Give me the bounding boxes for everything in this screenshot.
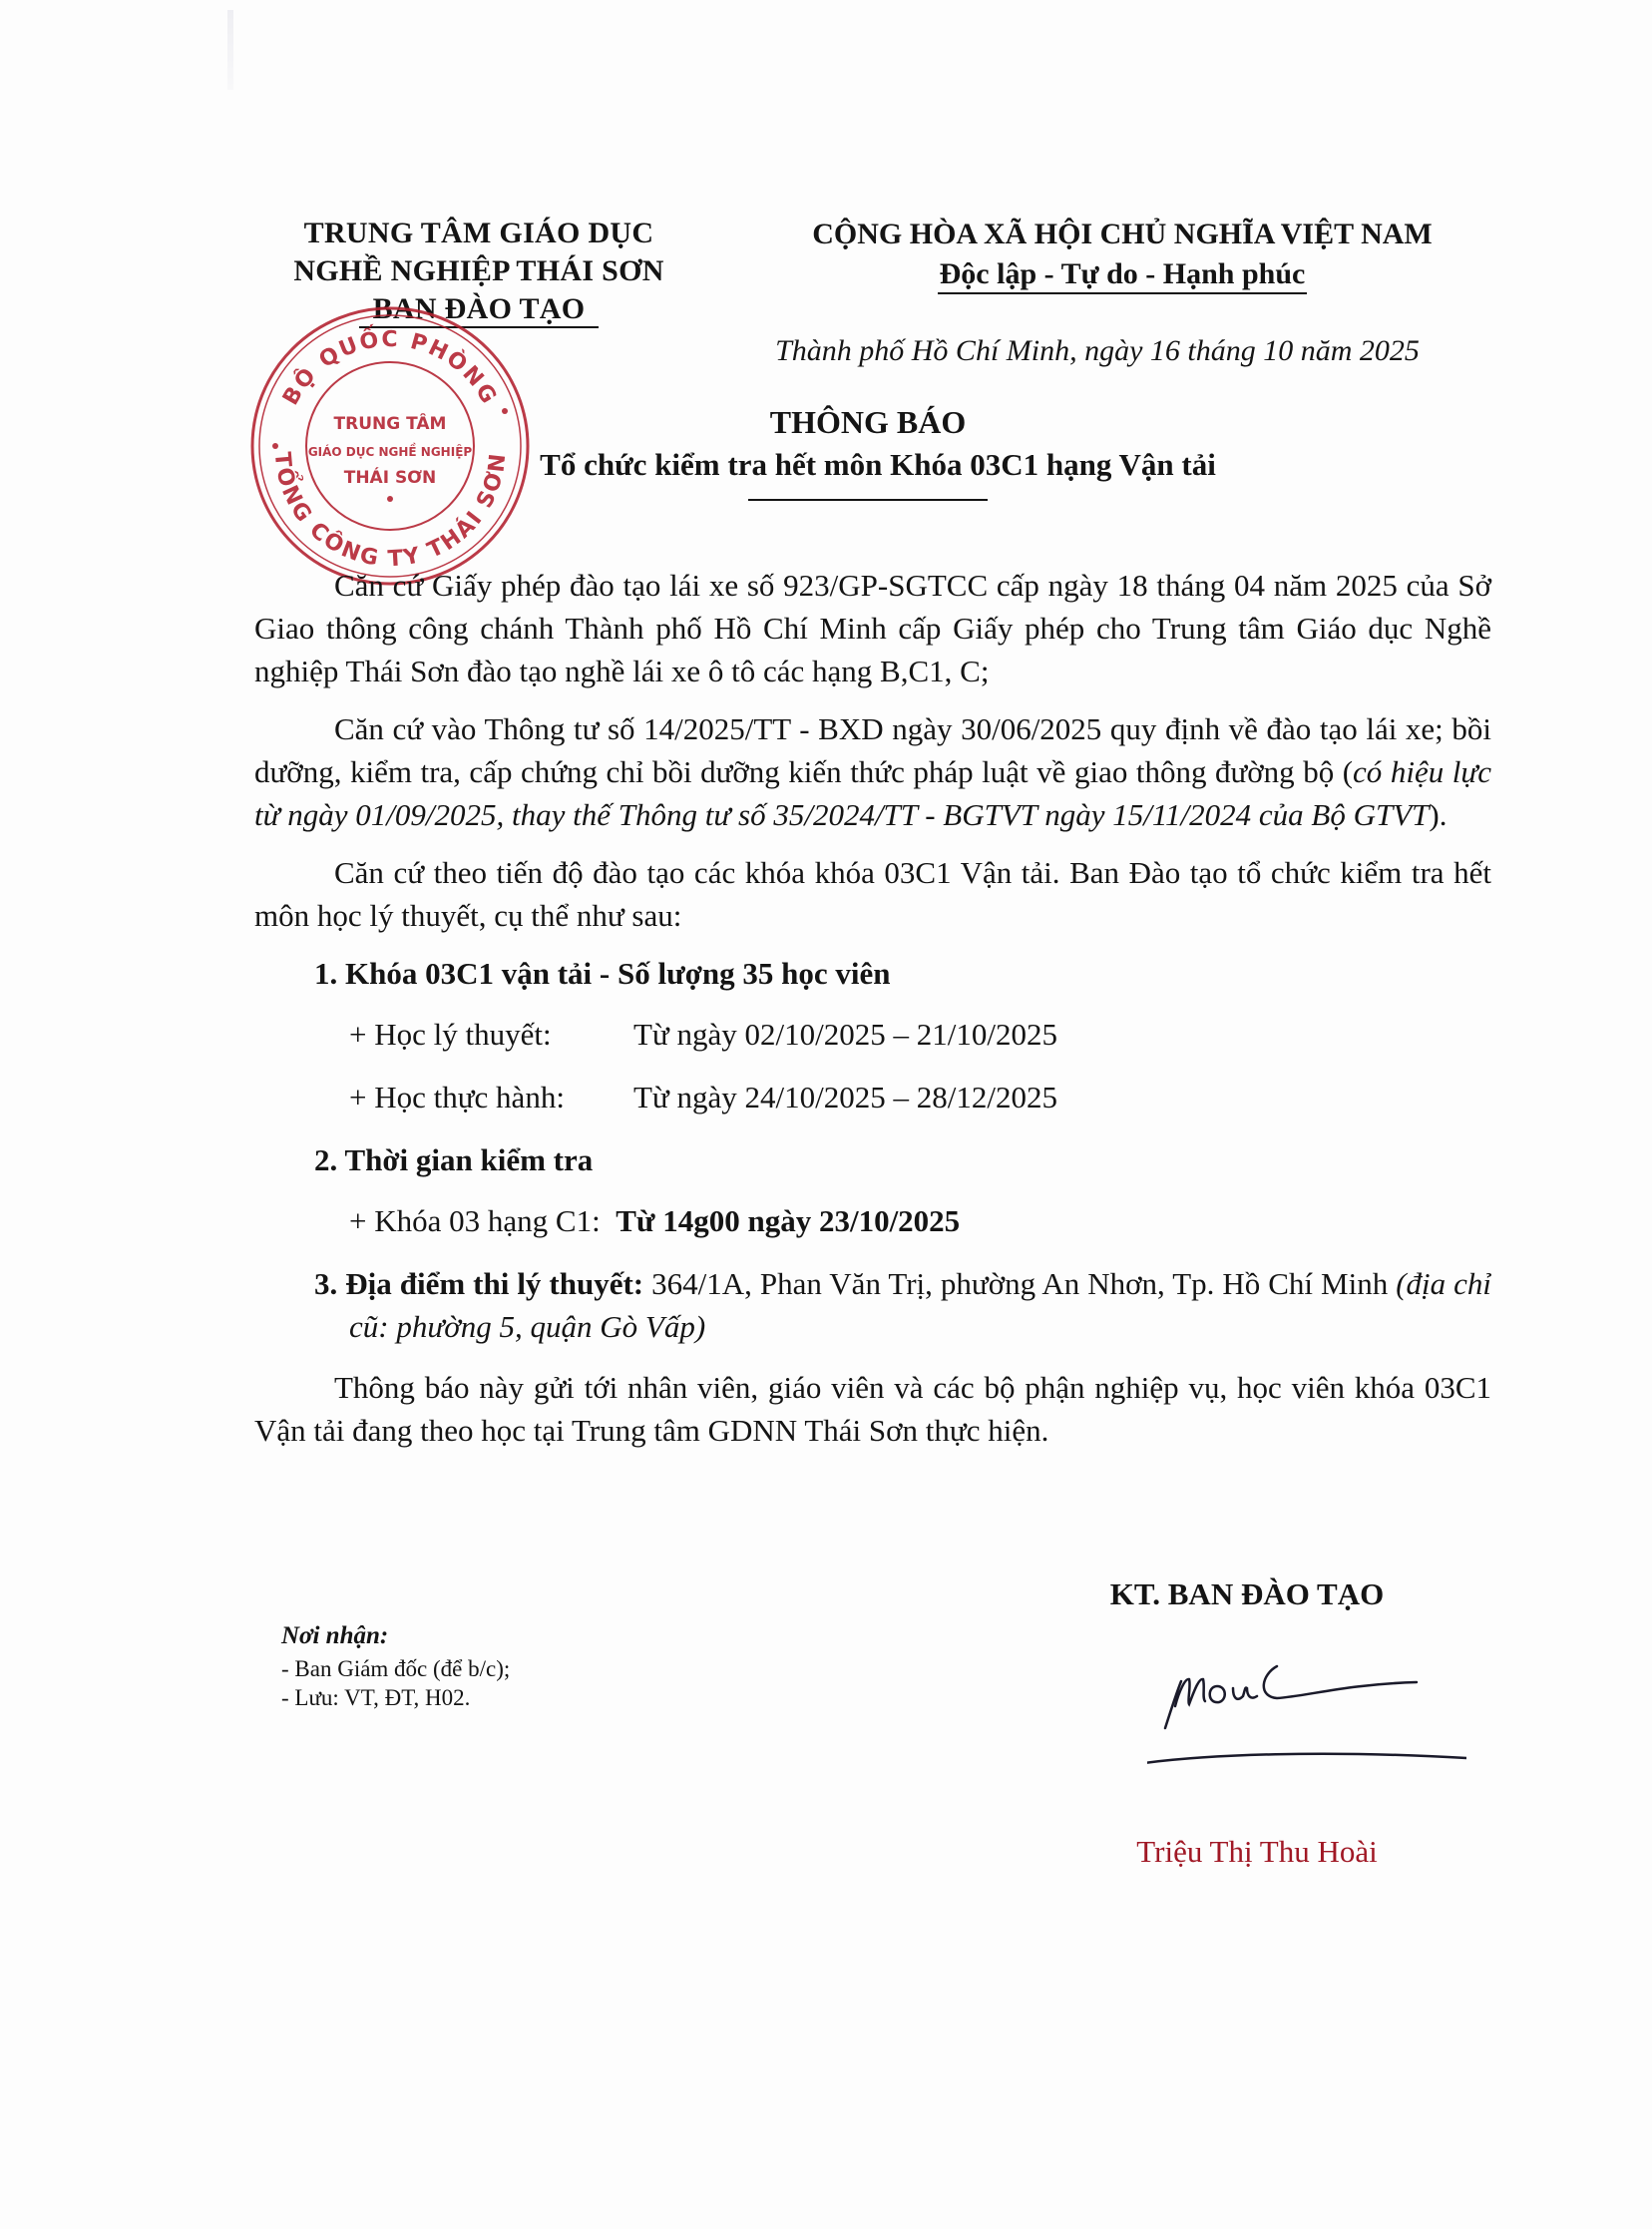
closing-paragraph: Thông báo này gửi tới nhân viên, giáo vi…	[254, 1366, 1491, 1452]
org-name-line1: TRUNG TÂM GIÁO DỤC	[249, 215, 708, 252]
exam-time-heading: 2. Thời gian kiểm tra	[314, 1138, 1491, 1181]
national-header: CỘNG HÒA XÃ HỘI CHỦ NGHĨA VIỆT NAM Độc l…	[743, 215, 1501, 294]
place-and-date: Thành phố Hồ Chí Minh, ngày 16 tháng 10 …	[698, 334, 1496, 368]
svg-text:TRUNG TÂM: TRUNG TÂM	[334, 412, 447, 434]
official-stamp-icon: BỘ QUỐC PHÒNG TỔNG CÔNG TY THÁI SƠN TRUN…	[245, 301, 535, 591]
legal-basis-paragraph-2: Căn cứ vào Thông tư số 14/2025/TT - BXD …	[254, 707, 1491, 836]
notice-title: THÔNG BÁO	[569, 404, 1167, 441]
country-name: CỘNG HÒA XÃ HỘI CHỦ NGHĨA VIỆT NAM	[743, 215, 1501, 254]
svg-text:GIÁO DỤC NGHỀ NGHIỆP: GIÁO DỤC NGHỀ NGHIỆP	[308, 442, 473, 459]
exam-time: + Khóa 03 hạng C1: Từ 14g00 ngày 23/10/2…	[349, 1199, 1491, 1242]
signatory-title: KT. BAN ĐÀO TẠO	[1057, 1576, 1437, 1612]
exam-location: 3. Địa điểm thi lý thuyết: 364/1A, Phan …	[314, 1262, 1491, 1348]
recipients-block: Nơi nhận: - Ban Giám đốc (để b/c); - Lưu…	[281, 1621, 510, 1712]
handwritten-signature-icon	[1147, 1646, 1466, 1786]
scan-artifact	[227, 10, 233, 90]
course-heading: 1. Khóa 03C1 vận tải - Số lượng 35 học v…	[314, 952, 1491, 995]
legal-basis-paragraph-3: Căn cứ theo tiến độ đào tạo các khóa khó…	[254, 851, 1491, 937]
subtitle-divider	[748, 499, 988, 501]
practice-schedule: + Học thực hành:Từ ngày 24/10/2025 – 28/…	[349, 1076, 1491, 1118]
theory-schedule: + Học lý thuyết:Từ ngày 02/10/2025 – 21/…	[349, 1013, 1491, 1056]
svg-text:BỘ QUỐC PHÒNG: BỘ QUỐC PHÒNG	[278, 323, 502, 409]
signatory-name: Triệu Thị Thu Hoài	[1077, 1834, 1437, 1870]
document-body: Căn cứ Giấy phép đào tạo lái xe số 923/G…	[254, 564, 1491, 1467]
org-name-line2: NGHỀ NGHIỆP THÁI SƠN	[249, 252, 708, 290]
recipient-item: - Ban Giám đốc (để b/c);	[281, 1654, 510, 1683]
legal-basis-paragraph-1: Căn cứ Giấy phép đào tạo lái xe số 923/G…	[254, 564, 1491, 692]
svg-text:THÁI SƠN: THÁI SƠN	[344, 466, 437, 488]
national-motto: Độc lập - Tự do - Hạnh phúc	[938, 256, 1308, 294]
notice-subtitle: Tổ chức kiểm tra hết môn Khóa 03C1 hạng …	[429, 447, 1327, 483]
recipient-item: - Lưu: VT, ĐT, H02.	[281, 1683, 510, 1712]
recipients-heading: Nơi nhận:	[281, 1621, 510, 1650]
